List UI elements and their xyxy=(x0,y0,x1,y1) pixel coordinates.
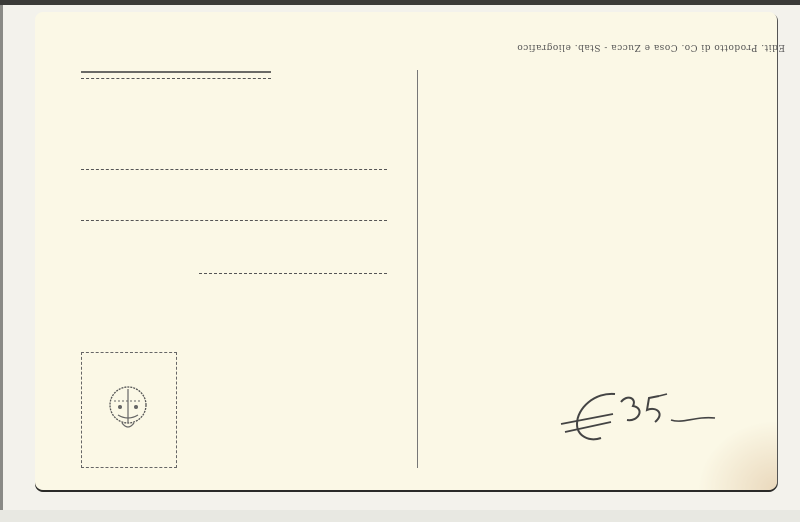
scan-left-edge xyxy=(0,5,3,522)
address-line-2 xyxy=(81,169,387,170)
scan-top-border xyxy=(0,0,800,5)
scan-bottom-band xyxy=(0,510,800,522)
header-rule xyxy=(81,71,271,73)
address-line-4 xyxy=(199,273,387,274)
address-line-1 xyxy=(81,78,271,79)
postcard-back: Edit. Prodotto di Co. Cosa e Zucca - Sta… xyxy=(35,12,777,490)
stamp-box xyxy=(81,352,177,468)
address-line-3 xyxy=(81,220,387,221)
crest-seal-icon xyxy=(104,383,152,433)
publisher-imprint: Edit. Prodotto di Co. Cosa e Zucca - Sta… xyxy=(475,42,785,52)
center-divider xyxy=(417,70,418,468)
handwritten-price: €35 xyxy=(555,372,755,452)
